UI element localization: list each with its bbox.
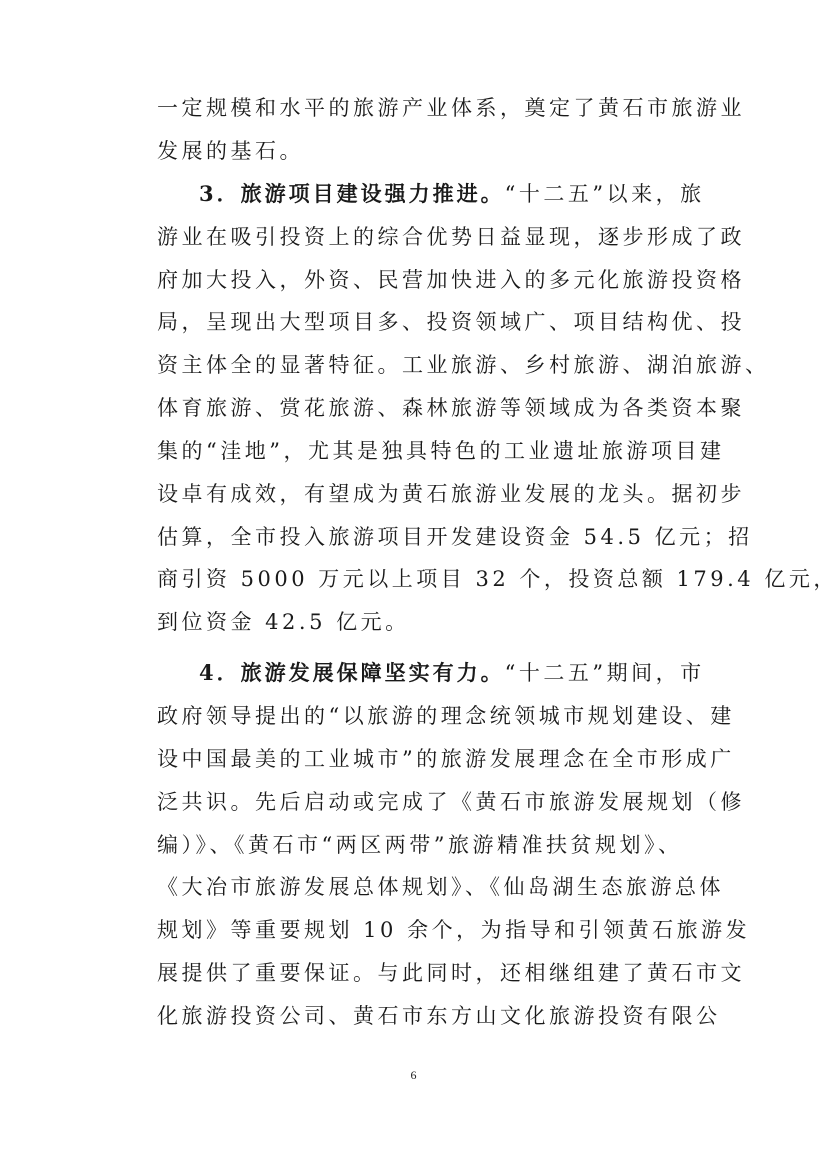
paragraph-line: 《大冶市旅游发展总体规划》、《仙岛湖生态旅游总体 [157, 873, 675, 901]
paragraph-line: 估算，全市投入旅游项目开发建设资金 54.5 亿元；招 [157, 523, 675, 551]
paragraph-line: 设中国最美的工业城市”的旅游发展理念在全市形成广 [157, 745, 675, 773]
paragraph-line: 到位资金 42.5 亿元。 [157, 608, 675, 636]
section-heading: 3．旅游项目建设强力推进。 [199, 181, 505, 206]
paragraph-line: 局，呈现出大型项目多、投资领域广、项目结构优、投 [157, 308, 675, 336]
paragraph-line: 编）》、《黄石市“两区两带”旅游精准扶贫规划》、 [157, 831, 675, 859]
paragraph-line: 设卓有成效，有望成为黄石旅游业发展的龙头。据初步 [157, 480, 675, 508]
paragraph-line: 发展的基石。 [157, 137, 675, 165]
page-number: 6 [0, 1068, 827, 1083]
paragraph-line: 规划》等重要规划 10 余个，为指导和引领黄石旅游发 [157, 916, 675, 944]
paragraph-line: 一定规模和水平的旅游产业体系，奠定了黄石市旅游业 [157, 94, 675, 122]
section-heading: 4．旅游发展保障坚实有力。 [199, 660, 505, 685]
paragraph-line: 展提供了重要保证。与此同时，还相继组建了黄石市文 [157, 959, 675, 987]
paragraph-line: 体育旅游、赏花旅游、森林旅游等领域成为各类资本聚 [157, 394, 675, 422]
paragraph-text: “十二五”期间，市 [505, 661, 705, 685]
paragraph-line: 游业在吸引投资上的综合优势日益显现，逐步形成了政 [157, 223, 675, 251]
paragraph-line: 府加大投入，外资、民营加快进入的多元化旅游投资格 [157, 266, 675, 294]
section-4-line: 4．旅游发展保障坚实有力。“十二五”期间，市 [199, 659, 675, 687]
document-page: 一定规模和水平的旅游产业体系，奠定了黄石市旅游业 发展的基石。 3．旅游项目建设… [0, 0, 827, 1169]
paragraph-line: 化旅游投资公司、黄石市东方山文化旅游投资有限公 [157, 1002, 675, 1030]
paragraph-text: “十二五”以来，旅 [505, 182, 705, 206]
paragraph-line: 泛共识。先后启动或完成了《黄石市旅游发展规划（修 [157, 788, 675, 816]
paragraph-line: 政府领导提出的“以旅游的理念统领城市规划建设、建 [157, 702, 675, 730]
paragraph-line: 商引资 5000 万元以上项目 32 个，投资总额 179.4 亿元， [157, 565, 675, 593]
paragraph-line: 资主体全的显著特征。工业旅游、乡村旅游、湖泊旅游、 [157, 351, 675, 379]
paragraph-line: 集的“洼地”，尤其是独具特色的工业遗址旅游项目建 [157, 437, 675, 465]
section-3-line: 3．旅游项目建设强力推进。“十二五”以来，旅 [199, 180, 675, 208]
